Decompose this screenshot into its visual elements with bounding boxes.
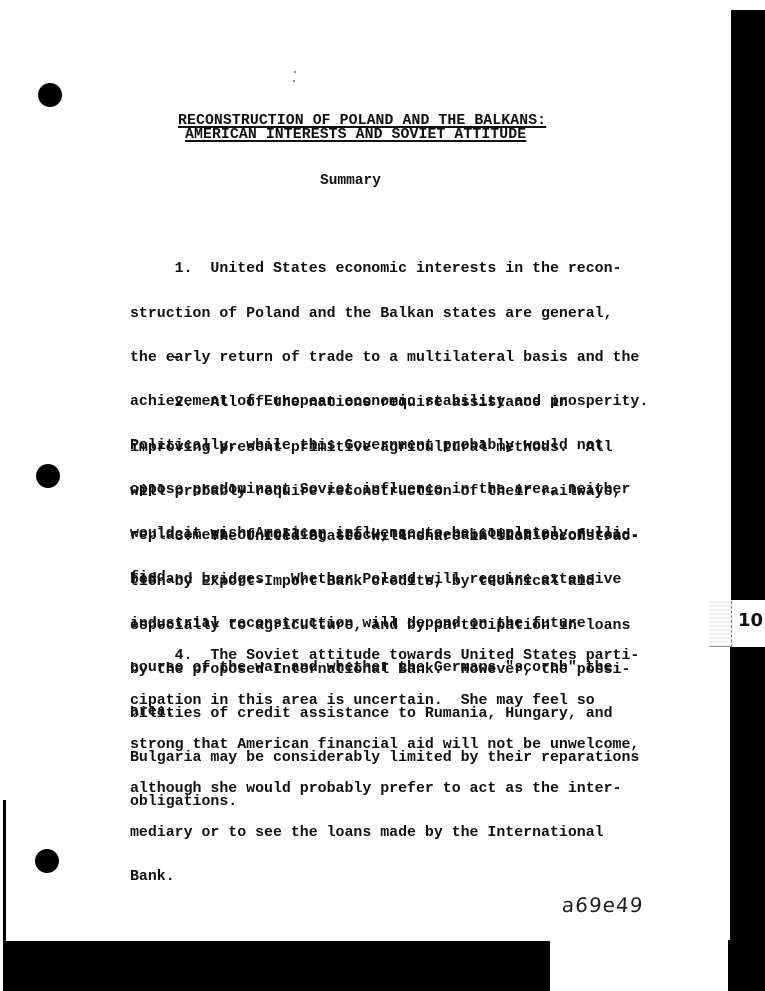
punch-hole-middle (36, 464, 60, 488)
paragraph-line: strong that American financial aid will … (130, 738, 639, 753)
title-text-2: AMERICAN INTERESTS AND SOVIET ATTITUDE (185, 127, 526, 143)
scan-bottom-border (3, 941, 550, 991)
paragraph-line: Bank. (130, 870, 639, 885)
document-title-line-2: AMERICAN INTERESTS AND SOVIET ATTITUDE (185, 128, 526, 142)
scan-speck (294, 71, 296, 73)
scan-speck (293, 80, 295, 82)
paragraph-line: struction of Poland and the Balkan state… (130, 307, 648, 322)
handwritten-annotation: a69e49 (561, 893, 644, 917)
paragraph-line: 1. United States economic interests in t… (130, 262, 648, 277)
paragraph-line: improving present primitive agricultural… (130, 441, 639, 456)
punch-hole-bottom (35, 849, 59, 873)
paragraph-line: tion by Export-Import Bank credits, by t… (130, 575, 639, 590)
paragraph-4: 4. The Soviet attitude towards United St… (130, 620, 639, 899)
paragraph-line: the early return of trade to a multilate… (130, 351, 648, 366)
summary-heading: Summary (320, 173, 381, 189)
paragraph-line: will probably require reconstruction of … (130, 485, 639, 500)
paragraph-line: mediary or to see the loans made by the … (130, 826, 639, 841)
paragraph-line: 4. The Soviet attitude towards United St… (130, 649, 639, 664)
paragraph-line: 3. The United States will share in such … (130, 530, 639, 545)
scan-bottom-right-border (728, 940, 765, 991)
paragraph-line: although she would probably prefer to ac… (130, 782, 639, 797)
paragraph-line: 2. All of the nations require assistance… (130, 396, 639, 411)
punch-hole-top (38, 83, 62, 107)
page-tab-fold (709, 601, 732, 647)
scan-right-border-top (731, 10, 765, 600)
document-title-line-1: RECONSTRUCTION OF POLAND AND THE BALKANS… (178, 114, 546, 128)
page-tab-number: 10 (738, 610, 763, 631)
paragraph-line: cipation in this area is uncertain. She … (130, 694, 639, 709)
